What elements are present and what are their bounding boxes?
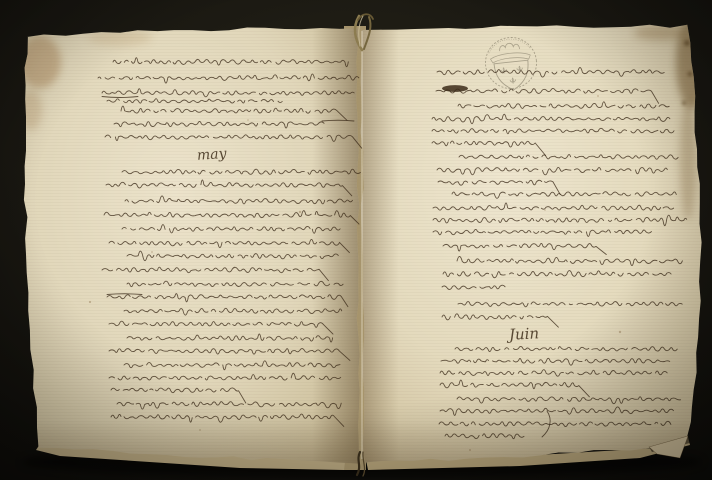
manuscript-scene: may Juin	[0, 0, 712, 480]
photo-vignette	[0, 0, 712, 480]
manuscript-photo: may Juin	[0, 0, 712, 480]
